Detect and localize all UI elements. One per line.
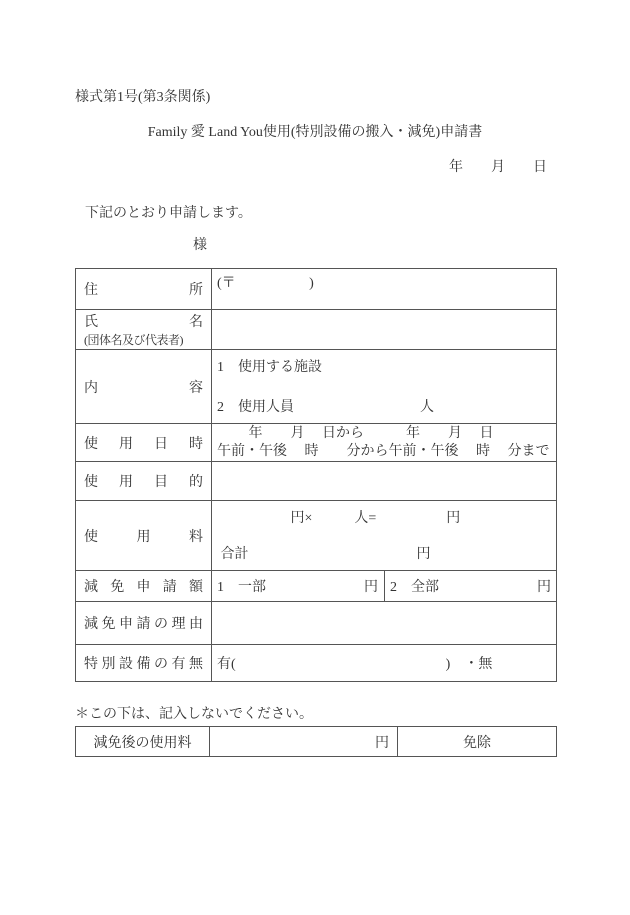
reduction-reason-label: 減免申請の理由 <box>84 613 203 633</box>
contents-label: 内容 <box>84 377 203 397</box>
office-use-table: 減免後の使用料 円 免除 <box>75 726 557 757</box>
office-use-note: ＊この下は、記入しないでください。 <box>75 703 313 723</box>
contents-people-line: 2 使用人員 人 <box>217 396 556 416</box>
fee-label: 使用料 <box>84 526 203 546</box>
address-label: 住所 <box>84 279 203 299</box>
use-date-line: 年 月 日から 年 月 日 <box>217 425 556 443</box>
name-label-note: (団体名及び代表者) <box>84 331 203 348</box>
contents-facility-line: 1 使用する施設 <box>217 356 556 376</box>
row-reduction-reason: 減免申請の理由 <box>76 601 556 644</box>
reduction-partial-option: 1 一部 円 <box>212 571 384 601</box>
row-name: 氏名 (団体名及び代表者) <box>76 309 556 349</box>
application-form-page: 様式第1号(第3条関係) Family 愛 Land You使用(特別設備の搬入… <box>0 0 630 915</box>
addressee-suffix: 様 <box>193 234 207 254</box>
use-datetime-label: 使用日時 <box>84 433 203 453</box>
exemption-cell: 免除 <box>398 727 556 756</box>
use-datetime-field: 年 月 日から 年 月 日 午前・午後 時 分から午前・午後 時 分まで <box>212 424 556 461</box>
row-address: 住所 (〒 ) <box>76 269 556 309</box>
name-field <box>212 310 556 349</box>
reduction-full-option: 2 全部 円 <box>384 571 556 601</box>
row-purpose: 使用目的 <box>76 461 556 500</box>
purpose-field <box>212 462 556 500</box>
application-table: 住所 (〒 ) 氏名 (団体名及び代表者) 内容 1 使用する施設 2 使用人員… <box>75 268 557 682</box>
use-time-line: 午前・午後 時 分から午前・午後 時 分まで <box>217 443 556 461</box>
document-title: Family 愛 Land You使用(特別設備の搬入・減免)申請書 <box>0 121 630 141</box>
reduction-reason-field <box>212 602 556 644</box>
form-number: 様式第1号(第3条関係) <box>75 86 210 106</box>
fee-calculation-line: 円× 人= 円 <box>217 507 556 527</box>
reduced-fee-label: 減免後の使用料 <box>76 727 210 756</box>
contents-field: 1 使用する施設 2 使用人員 人 <box>212 350 556 423</box>
reduction-amount-label: 減免申請額 <box>84 576 203 596</box>
name-label: 氏名 <box>84 311 203 331</box>
reduced-fee-amount: 円 <box>210 727 398 756</box>
row-contents: 内容 1 使用する施設 2 使用人員 人 <box>76 349 556 423</box>
address-field: (〒 ) <box>212 269 556 309</box>
row-reduction-amount: 減免申請額 1 一部 円 2 全部 円 <box>76 570 556 601</box>
row-use-datetime: 使用日時 年 月 日から 年 月 日 午前・午後 時 分から午前・午後 時 分ま… <box>76 423 556 461</box>
special-equipment-field: 有( ) ・無 <box>212 645 556 681</box>
special-equipment-label: 特別設備の有無 <box>84 653 203 673</box>
fee-field: 円× 人= 円 合計 円 <box>212 501 556 570</box>
intro-sentence: 下記のとおり申請します。 <box>85 202 252 222</box>
row-special-equipment: 特別設備の有無 有( ) ・無 <box>76 644 556 681</box>
purpose-label: 使用目的 <box>84 471 203 491</box>
date-line: 年 月 日 <box>449 156 547 176</box>
fee-total-line: 合計 円 <box>217 543 556 563</box>
row-fee: 使用料 円× 人= 円 合計 円 <box>76 500 556 570</box>
